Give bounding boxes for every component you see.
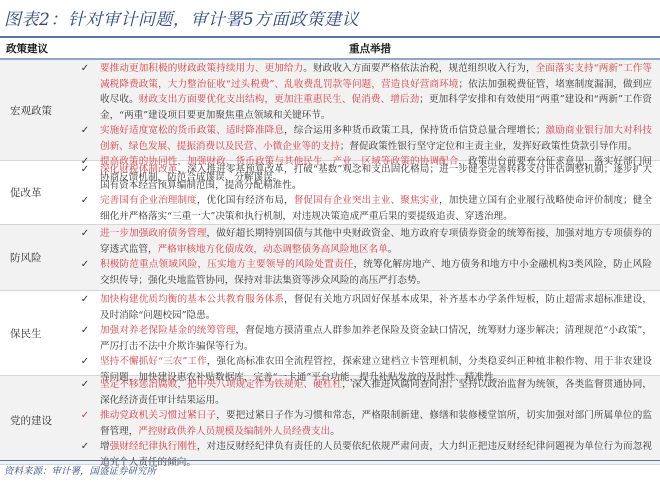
highlighted-text: 加强对养老保险基金的统筹管理 [100,325,236,336]
measure-text: 深化财税体制改革，深入推进零基预算改革，打破“基数”观念和支出固化格局；进一步健… [100,162,660,193]
highlighted-text: 督促国有企业突出主业、聚焦实业 [294,195,439,206]
policy-category: 宏观政策 [0,60,66,160]
table-row: 宏观政策✓要推动更加积极的财政政策持续用力、更加给力。财政收入方面要严格依法治税… [0,60,660,161]
measure-item: ✓实施好适度宽松的货币政策、适时降准降息，综合运用多种货币政策工具，保持货币信贷… [66,123,660,154]
source-divider [0,460,660,461]
measure-text: 完善国有企业治理制度，优化国有经济布局，督促国有企业突出主业、聚焦实业，加快建立… [100,193,660,224]
measure-list: ✓深化财税体制改革，深入推进零基预算改革，打破“基数”观念和支出固化格局；进一步… [66,161,660,224]
title-divider [0,36,660,38]
measure-list: ✓坚定不移惩治腐败，把中央八项规定作为铁规矩、硬杠杠，深入推进风腐同查同治；坚持… [66,376,660,464]
body-text: ，综合运用多种货币政策工具，保持货币信贷总量合理增长； [284,125,545,136]
measure-item: ✓要推动更加积极的财政政策持续用力、更加给力。财政收入方面要严格依法治税，规范组… [66,61,660,123]
measure-text: 加快构建优质均衡的基本公共教育服务体系，督促有关地方巩固好保基本成果，补齐基本办… [100,292,660,323]
highlighted-text: 加快构建优质均衡的基本公共教育服务体系 [100,294,284,305]
checkmark-icon: ✓ [66,408,100,439]
highlighted-text: 要推动更加积极的财政政策持续用力、更加给力 [100,63,303,74]
figure-title: 图表2：针对审计问题，审计署5方面政策建议 [4,5,359,35]
highlighted-text: 进一步加强政府债务管理 [100,228,207,239]
highlighted-text: 财政支出方面要优化支出结构，更加注重惠民生、促消费、增后劲 [139,94,420,105]
measure-item: ✓积极防范重点领域风险，压实地方主要领导的风险处置责任，统筹化解房地产、地方债务… [66,257,660,288]
body-text: 。 [388,244,398,255]
measure-text: 增强财经纪律执行刚性，对违反财经纪律负有责任的人员要依纪依规严肃问责，大力纠正把… [100,439,660,470]
policy-category: 党的建设 [0,376,66,464]
checkmark-icon: ✓ [66,162,100,193]
checkmark-icon: ✓ [66,377,100,408]
header-key-measures: 重点举措 [80,41,660,56]
highlighted-text: 坚定不移惩治腐败，把中央八项规定作为铁规矩、硬杠杠 [100,379,342,390]
table-row: 促改革✓深化财税体制改革，深入推进零基预算改革，打破“基数”观念和支出固化格局；… [0,161,660,225]
checkmark-icon: ✓ [66,292,100,323]
table-row: 党的建设✓坚定不移惩治腐败，把中央八项规定作为铁规矩、硬杠杠，深入推进风腐同查同… [0,376,660,465]
highlighted-text: 坚持不懈抓好“三农”工作 [100,356,207,367]
highlighted-text: 严格审核地方化债成效，动态调整债务高风险地区名单 [158,244,388,255]
body-text: 。财政收入方面要严格依法治税，规范组织收入行为， [303,63,535,74]
policy-category: 促改革 [0,161,66,224]
measure-item: ✓加强对养老保险基金的统筹管理，督促地方摸清重点人群参加养老保险及资金缺口情况，… [66,323,660,354]
measure-list: ✓进一步加强政府债务管理，做好超长期特别国债与其他中央财政资金、地方政府专项债券… [66,225,660,290]
checkmark-icon: ✓ [66,323,100,354]
highlighted-text: 深化财税体制改革 [100,164,177,175]
table-row: 保民生✓加快构建优质均衡的基本公共教育服务体系，督促有关地方巩固好保基本成果，补… [0,291,660,376]
checkmark-icon: ✓ [66,257,100,288]
measure-item: ✓推动党政机关习惯过紧日子，要把过紧日子作为习惯和常态，严格限制新建、修缮和装修… [66,408,660,439]
body-text: ，优化国有经济布局， [197,195,294,206]
header-policy-suggestion: 政策建议 [0,41,80,56]
measure-list: ✓加快构建优质均衡的基本公共教育服务体系，督促有关地方巩固好保基本成果，补齐基本… [66,291,660,375]
checkmark-icon: ✓ [66,226,100,257]
highlighted-text: 实施好适度宽松的货币政策、适时降准降息 [100,125,284,136]
highlighted-text: 强财经纪律执行刚性 [110,441,197,452]
measure-text: 进一步加强政府债务管理，做好超长期特别国债与其他中央财政资金、地方政府专项债券资… [100,226,660,257]
body-text: ；督促政策性银行坚守定位和主责主业，发挥好政策性贷款引导作用。 [340,141,637,152]
table-row: 防风险✓进一步加强政府债务管理，做好超长期特别国债与其他中央财政资金、地方政府专… [0,225,660,291]
measure-item: ✓完善国有企业治理制度，优化国有经济布局，督促国有企业突出主业、聚焦实业，加快建… [66,193,660,224]
measure-text: 积极防范重点领域风险，压实地方主要领导的风险处置责任，统筹化解房地产、地方债务和… [100,257,660,288]
body-text: 增 [100,441,110,452]
measure-text: 推动党政机关习惯过紧日子，要把过紧日子作为习惯和常态，严格限制新建、修缮和装修楼… [100,408,660,439]
policy-table: 政策建议 重点举措 宏观政策✓要推动更加积极的财政政策持续用力、更加给力。财政收… [0,39,660,465]
checkmark-icon: ✓ [66,61,100,123]
policy-category: 保民生 [0,291,66,375]
highlighted-text: 完善国有企业治理制度 [100,195,197,206]
checkmark-icon: ✓ [66,193,100,224]
measure-item: ✓坚定不移惩治腐败，把中央八项规定作为铁规矩、硬杠杠，深入推进风腐同查同治；坚持… [66,377,660,408]
measure-text: 加强对养老保险基金的统筹管理，督促地方摸清重点人群参加养老保险及资金缺口情况，统… [100,323,660,354]
policy-category: 防风险 [0,225,66,290]
measure-item: ✓进一步加强政府债务管理，做好超长期特别国债与其他中央财政资金、地方政府专项债券… [66,226,660,257]
body-text: ，深入推进零基预算改革，打破“基数”观念和支出固化格局；进一步健全完善转移支付评… [100,164,652,191]
measure-item: ✓加快构建优质均衡的基本公共教育服务体系，督促有关地方巩固好保基本成果，补齐基本… [66,292,660,323]
measure-item: ✓深化财税体制改革，深入推进零基预算改革，打破“基数”观念和支出固化格局；进一步… [66,162,660,193]
checkmark-icon: ✓ [66,123,100,154]
measure-list: ✓要推动更加积极的财政政策持续用力、更加给力。财政收入方面要严格依法治税，规范组… [66,60,660,160]
measure-text: 坚定不移惩治腐败，把中央八项规定作为铁规矩、硬杠杠，深入推进风腐同查同治；坚持以… [100,377,660,408]
table-body: 宏观政策✓要推动更加积极的财政政策持续用力、更加给力。财政收入方面要严格依法治税… [0,60,660,465]
highlighted-text: 积极防范重点领域风险，压实地方主要领导的风险处置责任 [100,259,353,270]
source-note: 资料来源：审计署，国盛证券研究所 [4,463,156,477]
table-header: 政策建议 重点举措 [0,39,660,60]
highlighted-text: 推动党政机关习惯过紧日子 [100,410,216,421]
measure-text: 实施好适度宽松的货币政策、适时降准降息，综合运用多种货币政策工具，保持货币信贷总… [100,123,660,154]
body-text: 。 [330,426,340,437]
highlighted-text: 严控财政供养人员规模及编制外人员经费支出 [138,426,330,437]
measure-text: 要推动更加积极的财政政策持续用力、更加给力。财政收入方面要严格依法治税，规范组织… [100,61,660,123]
